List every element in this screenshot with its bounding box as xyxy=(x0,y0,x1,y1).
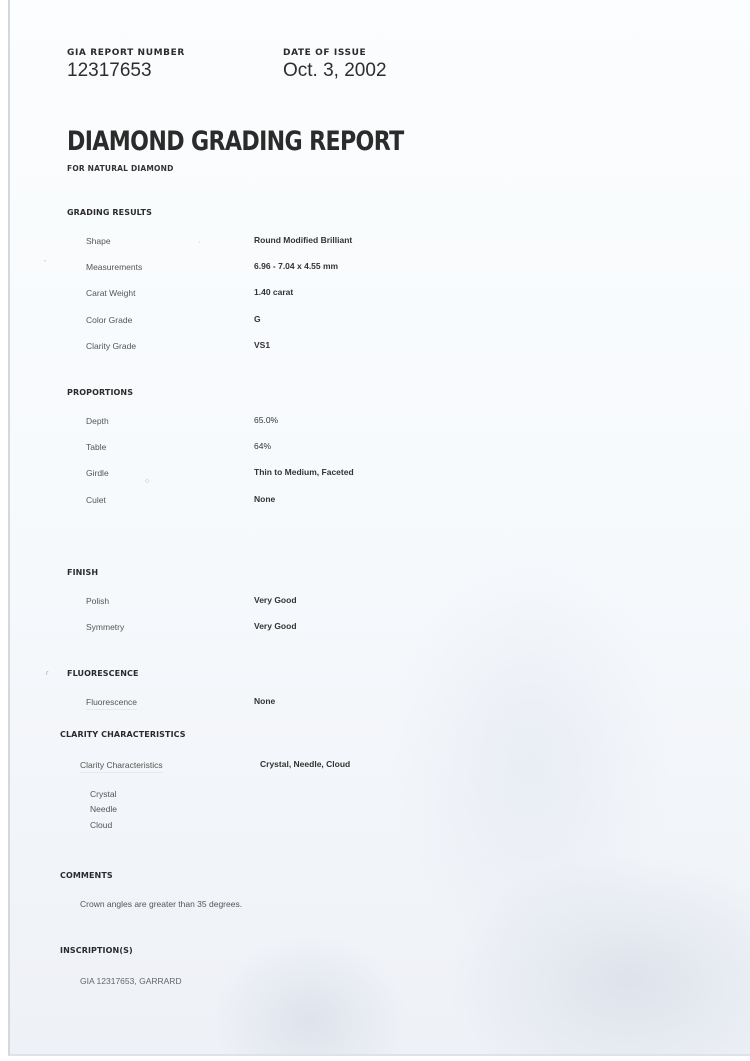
section-heading-finish: FINISH xyxy=(67,568,98,577)
report-number: 12317653 xyxy=(67,60,152,82)
value-girdle: Thin to Medium, Faceted xyxy=(254,467,354,477)
page-title: DIAMOND GRADING REPORT xyxy=(67,126,404,157)
label-clarity-characteristics: Clarity Characteristics xyxy=(80,760,163,773)
section-heading-grading-results: GRADING RESULTS xyxy=(67,208,152,217)
label-polish: Polish xyxy=(86,596,109,606)
label-clarity-grade: Clarity Grade xyxy=(86,341,136,351)
clarity-item-cloud: Cloud xyxy=(90,820,112,830)
value-shape: Round Modified Brilliant xyxy=(254,235,352,245)
section-heading-fluorescence: FLUORESCENCE xyxy=(67,669,139,678)
value-clarity-grade: VS1 xyxy=(254,340,270,350)
value-fluorescence: None xyxy=(254,696,275,706)
label-depth: Depth xyxy=(86,416,109,426)
label-fluorescence: Fluorescence xyxy=(86,697,137,710)
label-color-grade: Color Grade xyxy=(86,315,132,325)
scan-speck: ○ xyxy=(145,478,149,485)
clarity-item-crystal: Crystal xyxy=(90,789,116,799)
value-symmetry: Very Good xyxy=(254,621,297,631)
value-polish: Very Good xyxy=(254,595,297,605)
scan-speck: · xyxy=(198,239,200,246)
clarity-item-needle: Needle xyxy=(90,804,117,814)
date-of-issue: Oct. 3, 2002 xyxy=(283,60,387,82)
page-subtitle: FOR NATURAL DIAMOND xyxy=(67,164,174,173)
value-measurements: 6.96 - 7.04 x 4.55 mm xyxy=(254,261,338,271)
label-measurements: Measurements xyxy=(86,262,142,272)
section-heading-comments: COMMENTS xyxy=(60,871,113,880)
value-color-grade: G xyxy=(254,314,261,324)
value-table: 64% xyxy=(254,441,271,451)
value-carat-weight: 1.40 carat xyxy=(254,287,293,297)
report-page xyxy=(8,0,750,1056)
scan-speck: ɾ xyxy=(46,670,48,677)
label-carat-weight: Carat Weight xyxy=(86,288,135,298)
section-heading-inscriptions: INSCRIPTION(S) xyxy=(60,946,133,955)
report-number-label: GIA REPORT NUMBER xyxy=(67,48,185,58)
date-of-issue-label: DATE OF ISSUE xyxy=(283,48,366,58)
label-shape: Shape xyxy=(86,236,111,246)
scan-speck: - xyxy=(44,258,46,265)
value-culet: None xyxy=(254,494,275,504)
label-table: Table xyxy=(86,442,106,452)
section-heading-clarity-characteristics: CLARITY CHARACTERISTICS xyxy=(60,730,186,739)
value-depth: 65.0% xyxy=(254,415,278,425)
label-symmetry: Symmetry xyxy=(86,622,124,632)
comments-text: Crown angles are greater than 35 degrees… xyxy=(80,899,242,909)
label-culet: Culet xyxy=(86,495,106,505)
value-clarity-characteristics: Crystal, Needle, Cloud xyxy=(260,759,350,769)
inscription-text: GIA 12317653, GARRARD xyxy=(80,976,182,986)
section-heading-proportions: PROPORTIONS xyxy=(67,388,133,397)
label-girdle: Girdle xyxy=(86,468,109,478)
